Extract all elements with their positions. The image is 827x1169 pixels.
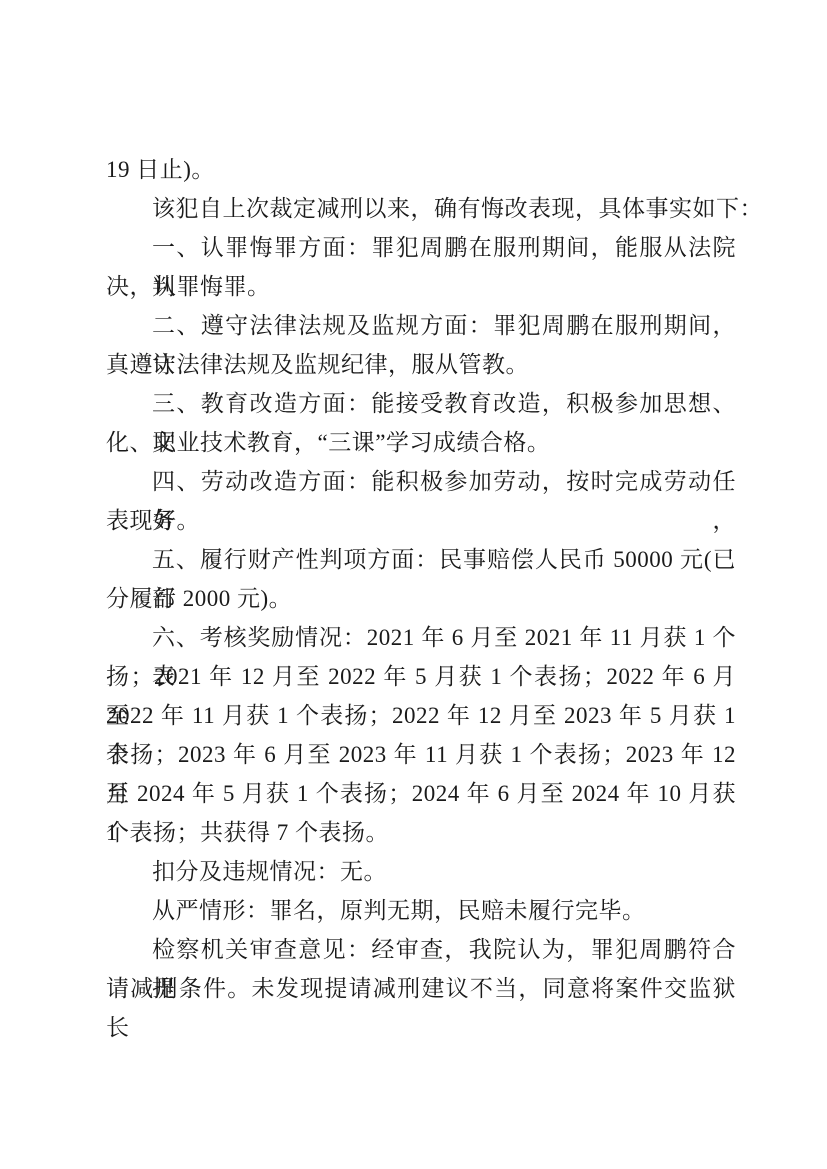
document-line: 表扬；2023 年 6 月至 2023 年 11 月获 1 个表扬；2023 年…	[106, 735, 736, 774]
document-line: 2022 年 11 月获 1 个表扬；2022 年 12 月至 2023 年 5…	[106, 696, 736, 735]
document-line: 至 2024 年 5 月获 1 个表扬；2024 年 6 月至 2024 年 1…	[106, 774, 736, 813]
document-page: 19 日止)。该犯自上次裁定减刑以来，确有悔改表现，具体事实如下：一、认罪悔罪方…	[0, 0, 827, 1169]
document-line: 真遵守法律法规及监规纪律，服从管教。	[106, 345, 736, 384]
document-line: 扣分及违规情况：无。	[106, 852, 736, 891]
document-line: 从严情形：罪名，原判无期，民赔未履行完毕。	[106, 891, 736, 930]
document-line: 扬；2021 年 12 月至 2022 年 5 月获 1 个表扬；2022 年 …	[106, 657, 736, 696]
document-line: 一、认罪悔罪方面：罪犯周鹏在服刑期间，能服从法院判	[106, 228, 736, 267]
document-line: 二、遵守法律法规及监规方面：罪犯周鹏在服刑期间，认	[106, 306, 736, 345]
document-line: 三、教育改造方面：能接受教育改造，积极参加思想、文	[106, 384, 736, 423]
document-line: 该犯自上次裁定减刑以来，确有悔改表现，具体事实如下：	[106, 189, 736, 228]
document-line: 六、考核奖励情况：2021 年 6 月至 2021 年 11 月获 1 个表	[106, 618, 736, 657]
document-line: 请减刑条件。未发现提请减刑建议不当，同意将案件交监狱长	[106, 969, 736, 1008]
document-line: 分履行 2000 元)。	[106, 579, 736, 618]
document-line: 个表扬；共获得 7 个表扬。	[106, 813, 736, 852]
document-line: 检察机关审查意见：经审查，我院认为，罪犯周鹏符合提	[106, 930, 736, 969]
document-line: 19 日止)。	[106, 150, 736, 189]
document-line: 化、职业技术教育，“三课”学习成绩合格。	[106, 423, 736, 462]
document-text-block: 19 日止)。该犯自上次裁定减刑以来，确有悔改表现，具体事实如下：一、认罪悔罪方…	[106, 150, 736, 1008]
document-line: 五、履行财产性判项方面：民事赔偿人民币 50000 元(已部	[106, 540, 736, 579]
document-line: 决，认罪悔罪。	[106, 267, 736, 306]
document-line: 四、劳动改造方面：能积极参加劳动，按时完成劳动任务，	[106, 462, 736, 501]
